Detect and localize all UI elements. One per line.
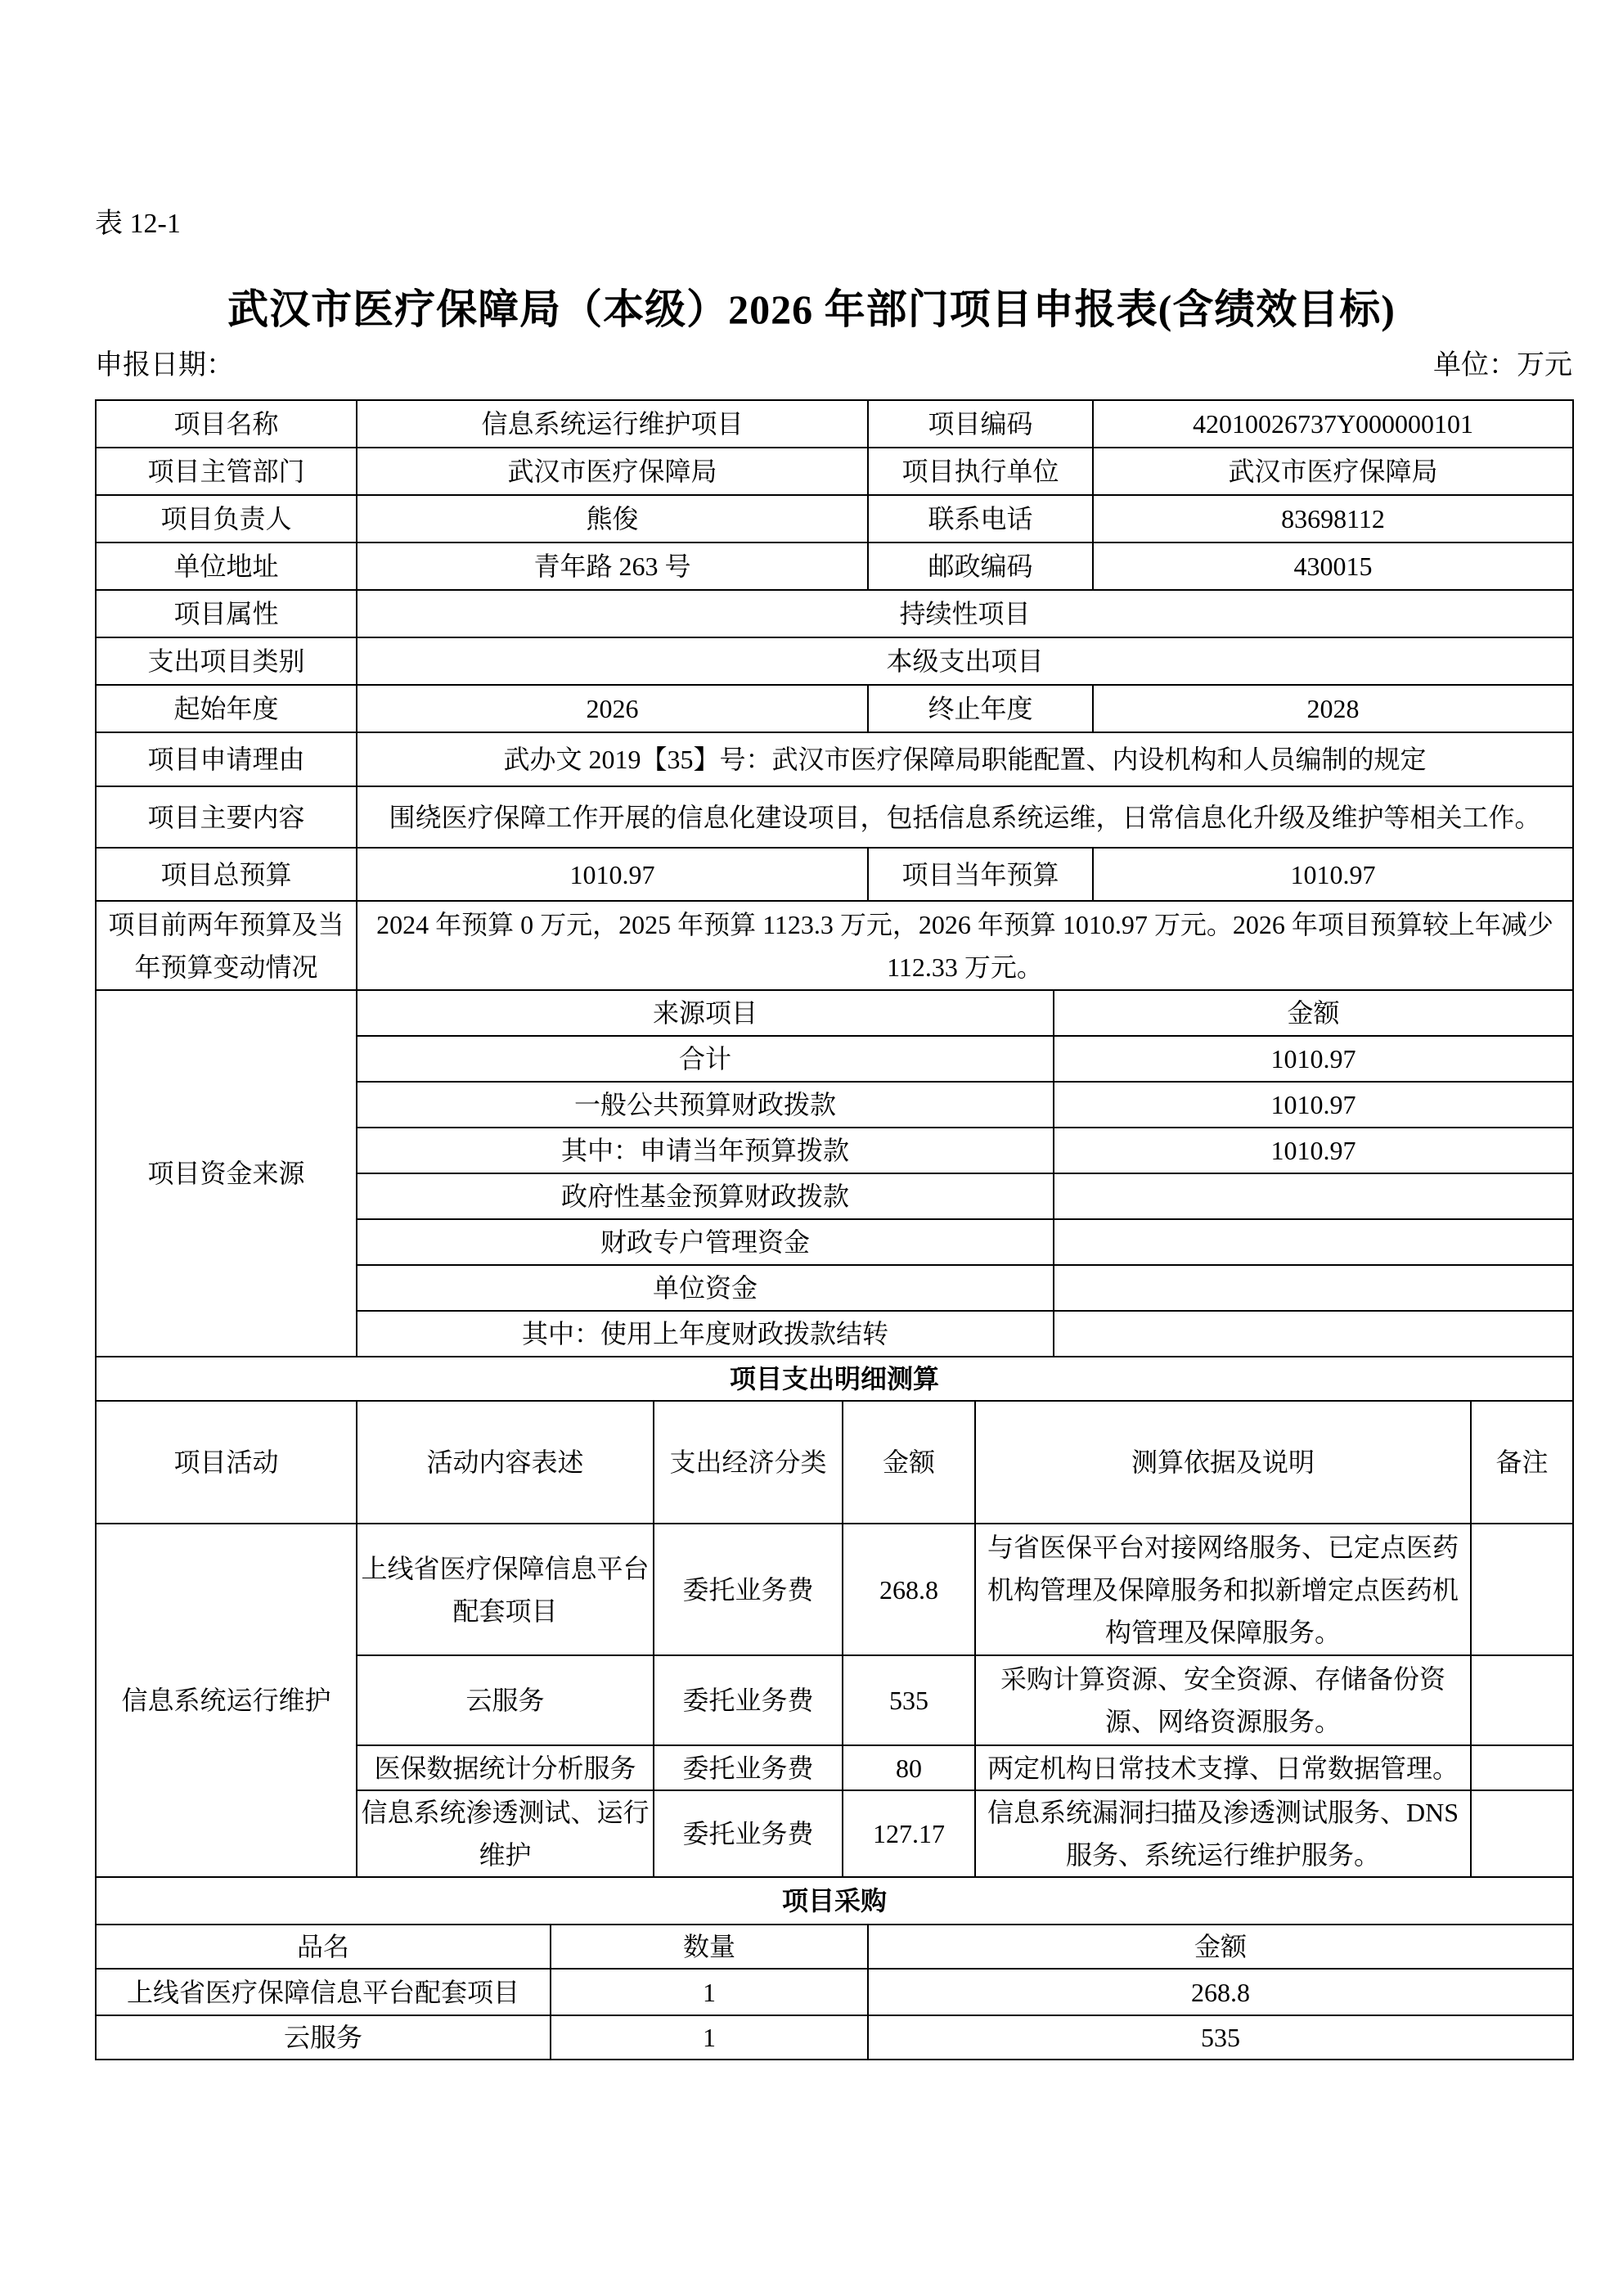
basis-col-header: 测算依据及说明	[975, 1401, 1471, 1524]
main-content-label: 项目主要内容	[96, 786, 357, 848]
basic-info-table: 项目名称 信息系统运行维护项目 项目编码 42010026737Y0000001…	[95, 399, 1574, 991]
economic-class-cell: 委托业务费	[654, 1790, 843, 1877]
basis-cell: 两定机构日常技术支撑、日常数据管理。	[975, 1745, 1471, 1790]
prev-budget-change-label: 项目前两年预算及当年预算变动情况	[96, 901, 357, 990]
table-number-label: 表 12-1	[95, 208, 181, 241]
total-budget-label: 项目总预算	[96, 848, 357, 901]
current-year-budget-value: 1010.97	[1093, 848, 1573, 901]
amount-col-header: 金额	[843, 1401, 975, 1524]
phone-value: 83698112	[1093, 495, 1573, 542]
table-row: 项目主要内容 围绕医疗保障工作开展的信息化建设项目，包括信息系统运维，日常信息化…	[96, 786, 1573, 848]
meta-row: 申报日期： 单位：万元	[95, 347, 1572, 385]
table-row: 云服务 1 535	[96, 2015, 1573, 2060]
funding-item: 一般公共预算财政拨款	[357, 1082, 1054, 1128]
funding-amount	[1054, 1219, 1573, 1265]
table-row: 项目支出明细测算	[96, 1357, 1573, 1401]
table-row: 支出项目类别 本级支出项目	[96, 637, 1573, 685]
address-value: 青年路 263 号	[357, 542, 868, 590]
table-row: 项目主管部门 武汉市医疗保障局 项目执行单位 武汉市医疗保障局	[96, 448, 1573, 495]
table-header-row: 品名 数量 金额	[96, 1925, 1573, 1969]
page-title: 武汉市医疗保障局（本级）2026 年部门项目申报表(含绩效目标)	[0, 277, 1623, 335]
quantity-cell: 1	[551, 2015, 868, 2060]
table-header-row: 项目活动 活动内容表述 支出经济分类 金额 测算依据及说明 备注	[96, 1401, 1573, 1524]
leader-value: 熊俊	[357, 495, 868, 542]
table-row: 项目名称 信息系统运行维护项目 项目编码 42010026737Y0000001…	[96, 400, 1573, 448]
project-name-label: 项目名称	[96, 400, 357, 448]
table-row: 项目采购	[96, 1877, 1573, 1925]
project-name-value: 信息系统运行维护项目	[357, 400, 868, 448]
apply-reason-label: 项目申请理由	[96, 732, 357, 786]
funding-amount	[1054, 1173, 1573, 1219]
basis-cell: 采购计算资源、安全资源、存储备份资源、网络资源服务。	[975, 1655, 1471, 1745]
economic-class-col-header: 支出经济分类	[654, 1401, 843, 1524]
amount-cell: 80	[843, 1745, 975, 1790]
expense-category-label: 支出项目类别	[96, 637, 357, 685]
apply-reason-value: 武办文 2019【35】号：武汉市医疗保障局职能配置、内设机构和人员编制的规定	[357, 732, 1573, 786]
funding-table: 项目资金来源 来源项目 金额 合计 1010.97 一般公共预算财政拨款 101…	[95, 989, 1574, 1357]
table-row: 信息系统运行维护 上线省医疗保障信息平台配套项目 委托业务费 268.8 与省医…	[96, 1524, 1573, 1655]
item-name-cell: 上线省医疗保障信息平台配套项目	[96, 1969, 551, 2015]
start-year-label: 起始年度	[96, 685, 357, 732]
address-label: 单位地址	[96, 542, 357, 590]
project-code-value: 42010026737Y000000101	[1093, 400, 1573, 448]
leader-label: 项目负责人	[96, 495, 357, 542]
form-table: 项目名称 信息系统运行维护项目 项目编码 42010026737Y0000001…	[95, 399, 1572, 2060]
quantity-col-header: 数量	[551, 1925, 868, 1969]
basis-cell: 与省医保平台对接网络服务、已定点医药机构管理及保障服务和拟新增定点医药机构管理及…	[975, 1524, 1471, 1655]
procurement-table: 项目采购 品名 数量 金额 上线省医疗保障信息平台配套项目 1 268.8 云服…	[95, 1876, 1574, 2060]
project-attribute-value: 持续性项目	[357, 590, 1573, 637]
item-name-col-header: 品名	[96, 1925, 551, 1969]
project-code-label: 项目编码	[868, 400, 1093, 448]
expense-detail-table: 项目支出明细测算 项目活动 活动内容表述 支出经济分类 金额 测算依据及说明 备…	[95, 1356, 1574, 1878]
table-row: 项目属性 持续性项目	[96, 590, 1573, 637]
basis-cell: 信息系统漏洞扫描及渗透测试服务、DNS服务、系统运行维护服务。	[975, 1790, 1471, 1877]
funding-item: 政府性基金预算财政拨款	[357, 1173, 1054, 1219]
funding-amount	[1054, 1311, 1573, 1357]
amount-cell: 268.8	[843, 1524, 975, 1655]
start-year-value: 2026	[357, 685, 868, 732]
activity-desc-cell: 上线省医疗保障信息平台配套项目	[357, 1524, 654, 1655]
activity-col-header: 项目活动	[96, 1401, 357, 1524]
expense-detail-section-title: 项目支出明细测算	[96, 1357, 1573, 1401]
funding-item: 单位资金	[357, 1265, 1054, 1311]
project-attribute-label: 项目属性	[96, 590, 357, 637]
item-name-cell: 云服务	[96, 2015, 551, 2060]
table-row: 单位地址 青年路 263 号 邮政编码 430015	[96, 542, 1573, 590]
economic-class-cell: 委托业务费	[654, 1745, 843, 1790]
amount-col-header: 金额	[868, 1925, 1573, 1969]
declare-date-label: 申报日期：	[95, 347, 234, 385]
unit-label: 单位：万元	[1433, 347, 1572, 385]
supervisor-dept-value: 武汉市医疗保障局	[357, 448, 868, 495]
activity-desc-cell: 信息系统渗透测试、运行维护	[357, 1790, 654, 1877]
economic-class-cell: 委托业务费	[654, 1655, 843, 1745]
executing-unit-value: 武汉市医疗保障局	[1093, 448, 1573, 495]
expense-category-value: 本级支出项目	[357, 637, 1573, 685]
table-row: 项目负责人 熊俊 联系电话 83698112	[96, 495, 1573, 542]
table-row: 项目资金来源 来源项目 金额	[96, 990, 1573, 1036]
funding-item: 财政专户管理资金	[357, 1219, 1054, 1265]
supervisor-dept-label: 项目主管部门	[96, 448, 357, 495]
amount-cell: 268.8	[868, 1969, 1573, 2015]
activity-desc-col-header: 活动内容表述	[357, 1401, 654, 1524]
note-cell	[1471, 1745, 1573, 1790]
end-year-label: 终止年度	[868, 685, 1093, 732]
funding-source-label: 项目资金来源	[96, 990, 357, 1357]
postcode-label: 邮政编码	[868, 542, 1093, 590]
phone-label: 联系电话	[868, 495, 1093, 542]
economic-class-cell: 委托业务费	[654, 1524, 843, 1655]
amount-cell: 535	[843, 1655, 975, 1745]
funding-amount: 1010.97	[1054, 1036, 1573, 1082]
table-row: 项目前两年预算及当年预算变动情况 2024 年预算 0 万元，2025 年预算 …	[96, 901, 1573, 990]
funding-item-header: 来源项目	[357, 990, 1054, 1036]
end-year-value: 2028	[1093, 685, 1573, 732]
table-row: 项目总预算 1010.97 项目当年预算 1010.97	[96, 848, 1573, 901]
table-row: 起始年度 2026 终止年度 2028	[96, 685, 1573, 732]
table-row: 上线省医疗保障信息平台配套项目 1 268.8	[96, 1969, 1573, 2015]
note-cell	[1471, 1524, 1573, 1655]
procurement-section-title: 项目采购	[96, 1877, 1573, 1925]
amount-cell: 127.17	[843, 1790, 975, 1877]
funding-amount-header: 金额	[1054, 990, 1573, 1036]
quantity-cell: 1	[551, 1969, 868, 2015]
funding-item: 其中：申请当年预算拨款	[357, 1128, 1054, 1173]
activity-desc-cell: 云服务	[357, 1655, 654, 1745]
funding-amount: 1010.97	[1054, 1128, 1573, 1173]
amount-cell: 535	[868, 2015, 1573, 2060]
funding-amount	[1054, 1265, 1573, 1311]
note-col-header: 备注	[1471, 1401, 1573, 1524]
postcode-value: 430015	[1093, 542, 1573, 590]
note-cell	[1471, 1790, 1573, 1877]
activity-group-cell: 信息系统运行维护	[96, 1524, 357, 1877]
funding-amount: 1010.97	[1054, 1082, 1573, 1128]
funding-item: 其中：使用上年度财政拨款结转	[357, 1311, 1054, 1357]
activity-desc-cell: 医保数据统计分析服务	[357, 1745, 654, 1790]
main-content-value: 围绕医疗保障工作开展的信息化建设项目，包括信息系统运维，日常信息化升级及维护等相…	[357, 786, 1573, 848]
executing-unit-label: 项目执行单位	[868, 448, 1093, 495]
prev-budget-change-value: 2024 年预算 0 万元，2025 年预算 1123.3 万元，2026 年预…	[357, 901, 1573, 990]
current-year-budget-label: 项目当年预算	[868, 848, 1093, 901]
total-budget-value: 1010.97	[357, 848, 868, 901]
table-row: 项目申请理由 武办文 2019【35】号：武汉市医疗保障局职能配置、内设机构和人…	[96, 732, 1573, 786]
funding-item: 合计	[357, 1036, 1054, 1082]
note-cell	[1471, 1655, 1573, 1745]
